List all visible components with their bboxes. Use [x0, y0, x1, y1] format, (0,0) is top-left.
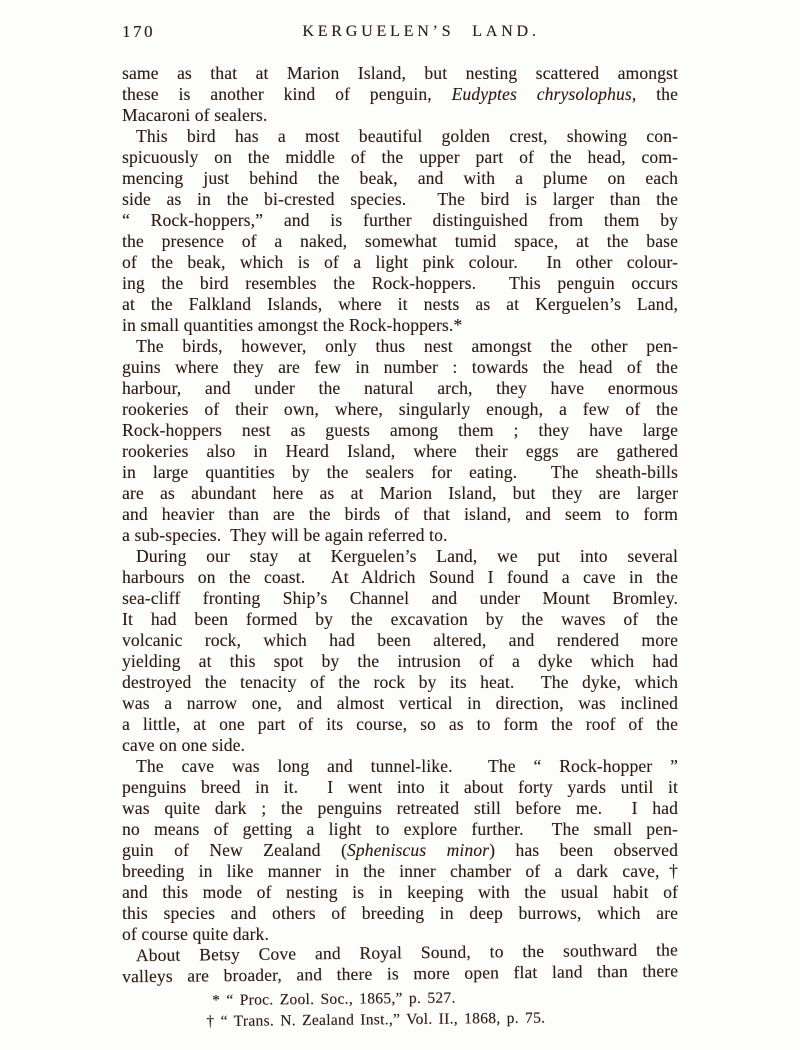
text-line: destroyed the tenacity of the rock by it…	[122, 672, 678, 693]
text-line: guin of New Zealand (Spheniscus minor) h…	[122, 840, 678, 861]
text-segment: a little, at one part of its course, so …	[122, 714, 678, 734]
text-segment: was quite dark ; the penguins retreated …	[122, 798, 678, 818]
text-line: This bird has a most beautiful golden cr…	[122, 126, 678, 147]
page-number: 170	[122, 22, 155, 42]
text-segment: This bird has a most beautiful golden cr…	[136, 126, 678, 146]
text-segment: a sub-species. They will be again referr…	[122, 525, 448, 545]
page-header: 170 KERGUELEN’S LAND.	[122, 22, 678, 41]
body-text: same as that at Marion Island, but nesti…	[122, 63, 678, 987]
text-segment: sea-cliff fronting Ship’s Channel and un…	[122, 588, 678, 608]
text-line: During our stay at Kerguelen’s Land, we …	[122, 546, 678, 567]
text-line: yielding at this spot by the intrusion o…	[122, 651, 678, 672]
text-line: mencing just behind the beak, and with a…	[122, 168, 678, 189]
text-segment: of the beak, which is of a light pink co…	[122, 252, 678, 272]
text-segment: guins where they are few in number : tow…	[122, 357, 678, 377]
text-segment: side as in the bi-crested species. The b…	[122, 189, 678, 209]
text-segment: ) has been observed	[489, 840, 678, 860]
text-segment: at the Falkland Islands, where it nests …	[122, 294, 678, 314]
text-segment: breeding in like manner in the inner cha…	[122, 861, 678, 881]
text-line: and this mode of nesting is in keeping w…	[122, 882, 678, 903]
species-name-italic: Eudyptes chrysolophus	[452, 84, 632, 104]
footnotes: * “ Proc. Zool. Soc., 1865,” p. 527.† “ …	[212, 985, 678, 1032]
text-segment: was a narrow one, and almost vertical in…	[122, 693, 678, 713]
text-segment: cave on one side.	[122, 735, 245, 755]
text-line: no means of getting a light to explore f…	[122, 819, 678, 840]
text-segment: are as abundant here as at Marion Island…	[122, 483, 678, 503]
text-line: same as that at Marion Island, but nesti…	[122, 63, 678, 84]
text-segment: volcanic rock, which had been altered, a…	[122, 630, 678, 650]
text-line: ing the bird resembles the Rock-hoppers.…	[122, 273, 678, 294]
text-line: are as abundant here as at Marion Island…	[122, 483, 678, 504]
text-line: rookeries also in Heard Island, where th…	[122, 441, 678, 462]
text-segment: , the	[632, 84, 678, 104]
text-segment: rookeries also in Heard Island, where th…	[122, 441, 678, 461]
text-segment: in large quantities by the sealers for e…	[122, 462, 678, 482]
text-segment: in small quantities amongst the Rock-hop…	[122, 315, 462, 335]
paragraph: The birds, however, only thus nest among…	[122, 336, 678, 546]
text-line: side as in the bi-crested species. The b…	[122, 189, 678, 210]
text-line: in large quantities by the sealers for e…	[122, 462, 678, 483]
text-line: The birds, however, only thus nest among…	[122, 336, 678, 357]
text-segment: no means of getting a light to explore f…	[122, 819, 678, 839]
running-header: KERGUELEN’S LAND.	[302, 23, 539, 41]
text-line: spicuously on the middle of the upper pa…	[122, 147, 678, 168]
species-name-italic: Spheniscus minor	[347, 840, 489, 860]
text-line: valleys are broader, and there is more o…	[122, 960, 678, 987]
text-segment: and heavier than are the birds of that i…	[122, 504, 678, 524]
text-line: and heavier than are the birds of that i…	[122, 504, 678, 525]
text-line: “ Rock-hoppers,” and is further distingu…	[122, 210, 678, 231]
text-segment: and this mode of nesting is in keeping w…	[122, 882, 678, 902]
text-segment: the presence of a naked, somewhat tumid …	[122, 231, 678, 251]
text-segment: The birds, however, only thus nest among…	[136, 336, 678, 356]
text-line: sea-cliff fronting Ship’s Channel and un…	[122, 588, 678, 609]
text-segment: of course quite dark.	[122, 924, 269, 944]
paragraph: The cave was long and tunnel-like. The “…	[122, 756, 678, 945]
text-line: harbours on the coast. At Aldrich Sound …	[122, 567, 678, 588]
text-segment: The cave was long and tunnel-like. The “…	[136, 756, 678, 776]
text-line: It had been formed by the excavation by …	[122, 609, 678, 630]
text-segment: destroyed the tenacity of the rock by it…	[122, 672, 678, 692]
text-segment: ing the bird resembles the Rock-hoppers.…	[122, 273, 678, 293]
text-segment: rookeries of their own, where, singularl…	[122, 399, 678, 419]
text-line: the presence of a naked, somewhat tumid …	[122, 231, 678, 252]
text-segment: these is another kind of penguin,	[122, 84, 452, 104]
text-line: of the beak, which is of a light pink co…	[122, 252, 678, 273]
text-line: these is another kind of penguin, Eudypt…	[122, 84, 678, 105]
text-segment: harbour, and under the natural arch, the…	[122, 378, 678, 398]
text-segment: harbours on the coast. At Aldrich Sound …	[122, 567, 678, 587]
text-line: guins where they are few in number : tow…	[122, 357, 678, 378]
text-line: harbour, and under the natural arch, the…	[122, 378, 678, 399]
text-segment: penguins breed in it. I went into it abo…	[122, 777, 678, 797]
paragraph: About Betsy Cove and Royal Sound, to the…	[122, 939, 678, 987]
text-line: cave on one side.	[122, 735, 678, 756]
paragraph: This bird has a most beautiful golden cr…	[122, 126, 678, 336]
text-line: a sub-species. They will be again referr…	[122, 525, 678, 546]
text-line: rookeries of their own, where, singularl…	[122, 399, 678, 420]
text-segment: During our stay at Kerguelen’s Land, we …	[136, 546, 678, 566]
text-line: breeding in like manner in the inner cha…	[122, 861, 678, 882]
text-segment: It had been formed by the excavation by …	[122, 609, 678, 629]
text-line: was quite dark ; the penguins retreated …	[122, 798, 678, 819]
text-segment: spicuously on the middle of the upper pa…	[122, 147, 678, 167]
text-segment: “ Rock-hoppers,” and is further distingu…	[122, 210, 678, 230]
text-line: this species and others of breeding in d…	[122, 903, 678, 924]
text-segment: guin of New Zealand (	[122, 840, 347, 860]
text-line: at the Falkland Islands, where it nests …	[122, 294, 678, 315]
text-segment: mencing just behind the beak, and with a…	[122, 168, 678, 188]
text-line: volcanic rock, which had been altered, a…	[122, 630, 678, 651]
text-line: in small quantities amongst the Rock-hop…	[122, 315, 678, 336]
paragraph: During our stay at Kerguelen’s Land, we …	[122, 546, 678, 756]
text-segment: Rock-hoppers nest as guests among them ;…	[122, 420, 678, 440]
text-line: Rock-hoppers nest as guests among them ;…	[122, 420, 678, 441]
text-segment: Macaroni of sealers.	[122, 105, 267, 125]
text-segment: yielding at this spot by the intrusion o…	[122, 651, 678, 671]
text-line: The cave was long and tunnel-like. The “…	[122, 756, 678, 777]
paragraph: same as that at Marion Island, but nesti…	[122, 63, 678, 126]
text-segment: this species and others of breeding in d…	[122, 903, 678, 923]
footnote: † “ Trans. N. Zealand Inst.,” Vol. II., …	[206, 1006, 678, 1032]
text-line: was a narrow one, and almost vertical in…	[122, 693, 678, 714]
text-line: Macaroni of sealers.	[122, 105, 678, 126]
text-line: a little, at one part of its course, so …	[122, 714, 678, 735]
text-segment: same as that at Marion Island, but nesti…	[122, 63, 678, 83]
book-page: 170 KERGUELEN’S LAND. same as that at Ma…	[0, 0, 800, 1050]
text-line: penguins breed in it. I went into it abo…	[122, 777, 678, 798]
